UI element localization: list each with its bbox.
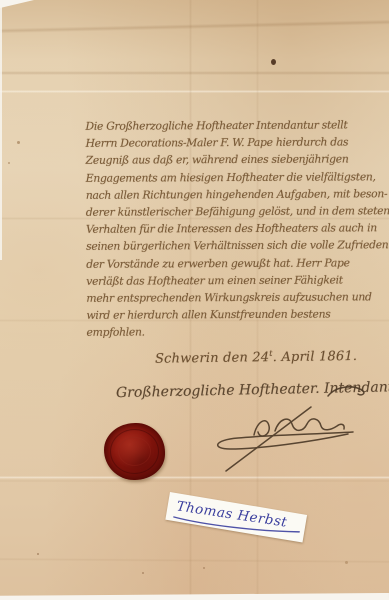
handwritten-line: seinen bürgerlichen Verhältnissen sich d…	[86, 237, 386, 256]
dateline-place-day: Schwerin den 24	[155, 350, 270, 367]
dateline: Schwerin den 24t. April 1861.	[155, 348, 357, 367]
letter-body: Die Großherzogliche Hoftheater Intendant…	[85, 116, 386, 341]
dateline-month-year: . April 1861.	[273, 349, 358, 365]
signature-flourish	[198, 382, 370, 478]
handwritten-line: wird er hierdurch allen Kunstfreunden be…	[86, 305, 386, 324]
handwritten-line: Verhalten für die Interessen des Hofthea…	[86, 219, 386, 238]
letter-scan: Die Großherzogliche Hoftheater Intendant…	[0, 0, 389, 600]
handwritten-line: empfohlen.	[86, 322, 386, 341]
handwritten-line: Zeugniß aus daß er, während eines sieben…	[86, 151, 386, 170]
handwritten-line: nach allen Richtungen hingehenden Aufgab…	[86, 185, 386, 204]
handwritten-line: mehr entsprechenden Wirkungskreis aufzus…	[86, 288, 386, 307]
handwritten-line: verläßt das Hoftheater um einen seiner F…	[86, 271, 386, 290]
handwritten-line: Die Großherzogliche Hoftheater Intendant…	[85, 116, 385, 135]
handwritten-line: der Vorstände zu erwerben gewußt hat. He…	[86, 254, 386, 273]
red-wax-seal	[104, 423, 165, 480]
handwritten-line: Engagements am hiesigen Hoftheater die v…	[86, 168, 386, 187]
handwritten-line: Herrn Decorations-Maler F. W. Pape hierd…	[86, 133, 386, 152]
handwritten-line: derer künstlerischer Befähigung gelöst, …	[86, 202, 386, 221]
